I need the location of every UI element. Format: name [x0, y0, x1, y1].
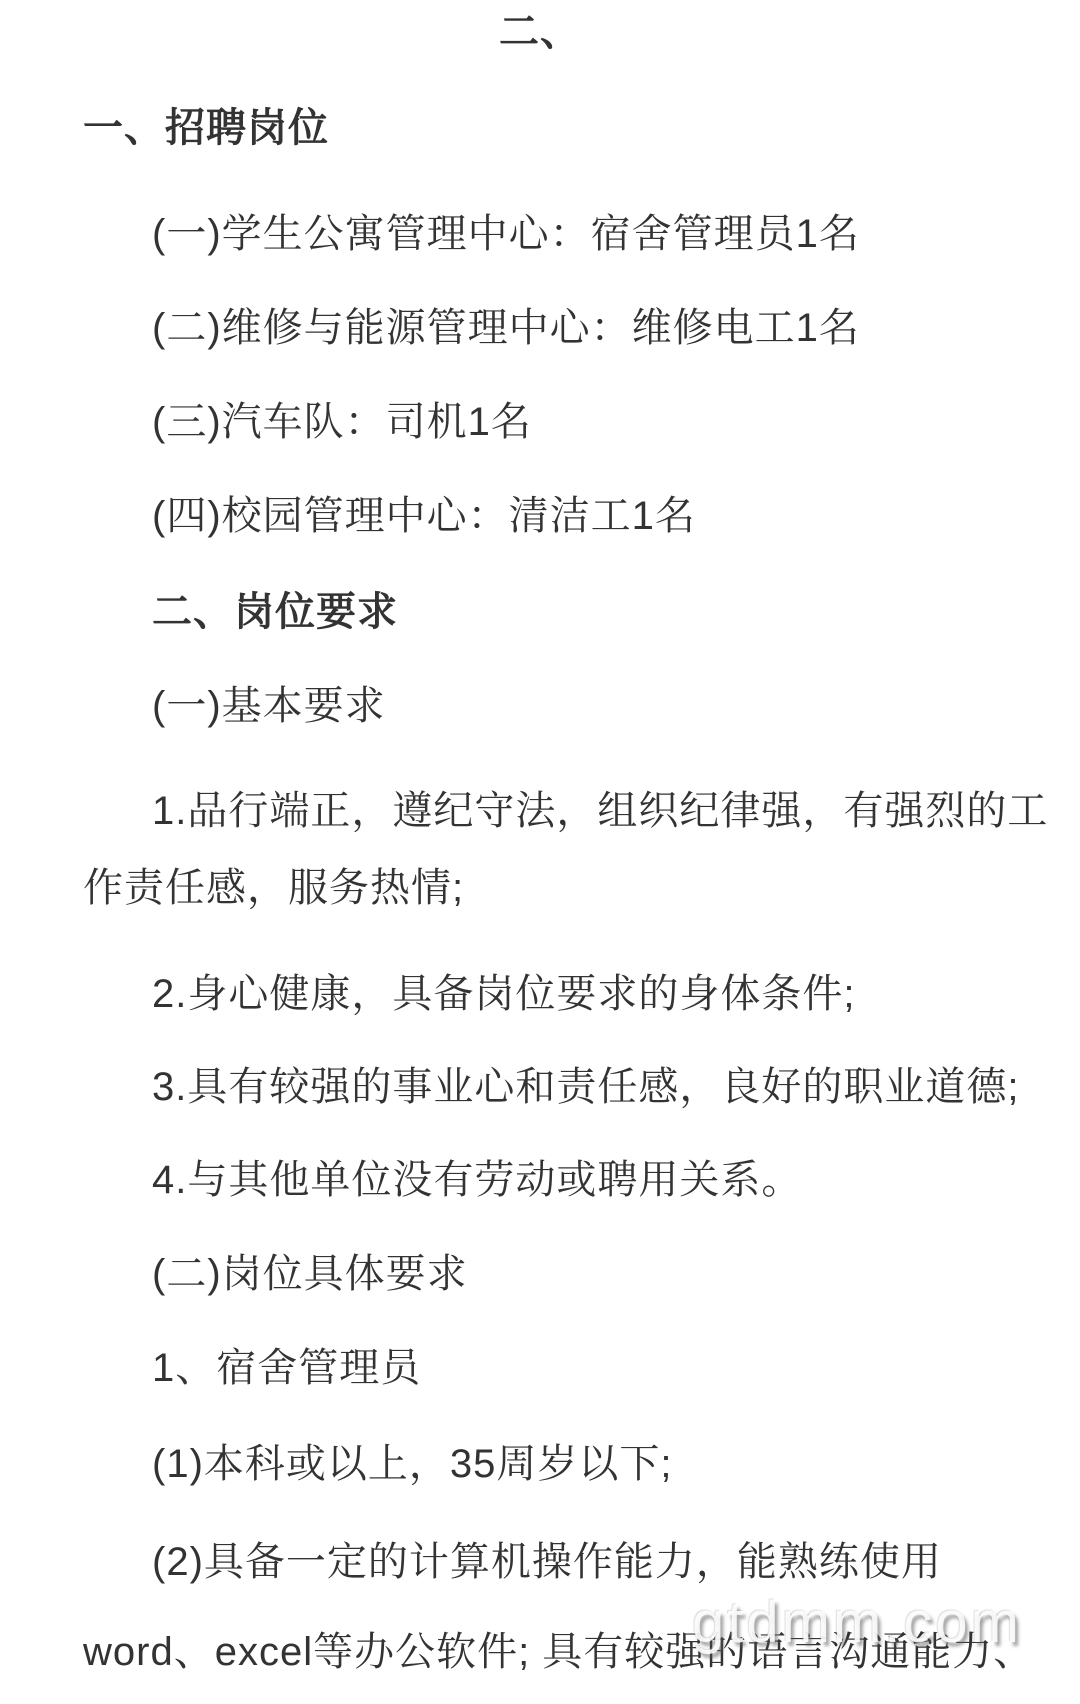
site-watermark: gtdmm.com: [692, 1588, 1022, 1658]
subheading-specific-requirements: (二)岗位具体要求: [152, 1250, 468, 1298]
position-item-3: (三)汽车队：司机1名: [152, 398, 532, 446]
heading-partial: 二、: [0, 8, 1080, 56]
requirement-2: 2.身心健康，具备岗位要求的身体条件;: [152, 970, 855, 1018]
document-page: 二、 一、招聘岗位 (一)学生公寓管理中心：宿舍管理员1名 (二)维修与能源管理…: [0, 0, 1080, 1704]
requirement-3: 3.具有较强的事业心和责任感，良好的职业道德;: [152, 1063, 1019, 1111]
dorm-requirement-2-line-1: (2)具备一定的计算机操作能力，能熟练使用: [152, 1538, 942, 1586]
section-heading-requirements: 二、岗位要求: [152, 588, 398, 636]
position-item-4: (四)校园管理中心：清洁工1名: [152, 492, 696, 540]
requirement-1-line-2: 作责任感，服务热情;: [83, 864, 464, 912]
section-heading-recruit: 一、招聘岗位: [83, 104, 329, 152]
requirement-1-line-1: 1.品行端正，遵纪守法，组织纪律强，有强烈的工: [152, 787, 1048, 835]
requirement-4: 4.与其他单位没有劳动或聘用关系。: [152, 1156, 802, 1204]
subheading-dorm-manager: 1、宿舍管理员: [152, 1344, 421, 1392]
dorm-requirement-1: (1)本科或以上，35周岁以下;: [152, 1440, 673, 1488]
subheading-basic-requirements: (一)基本要求: [152, 682, 386, 730]
position-item-2: (二)维修与能源管理中心：维修电工1名: [152, 304, 860, 352]
position-item-1: (一)学生公寓管理中心：宿舍管理员1名: [152, 210, 860, 258]
